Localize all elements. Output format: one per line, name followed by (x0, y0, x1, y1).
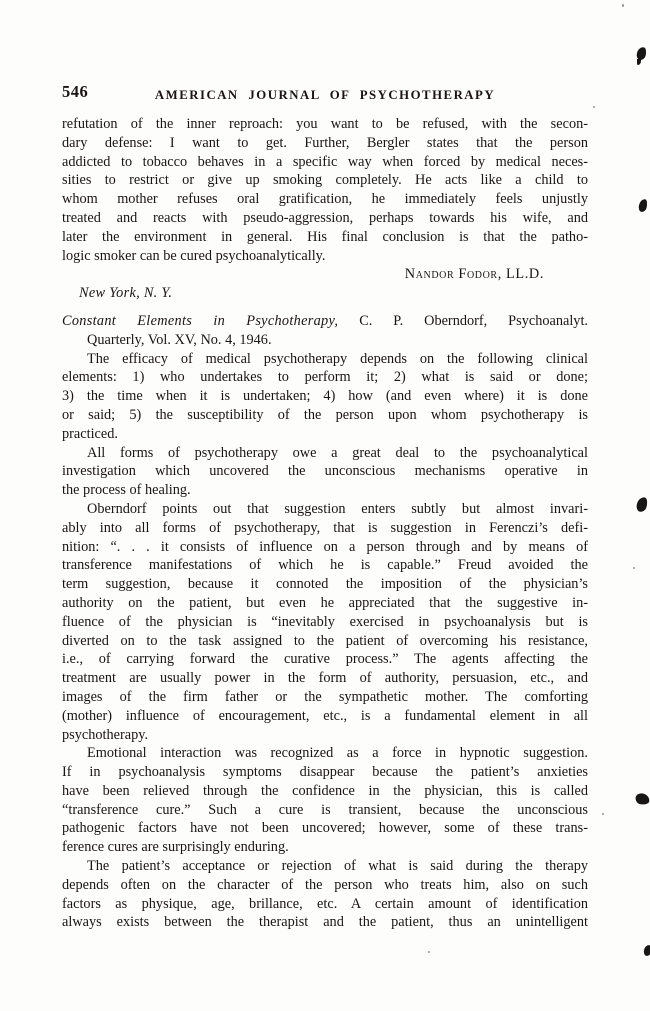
paragraph: All forms of psychotherapy owe a great d… (62, 444, 588, 500)
text-line: Emotional interaction was recognized as … (62, 744, 588, 763)
scan-speck (633, 567, 635, 569)
scan-speck (622, 4, 624, 7)
text-line: ably into all forms of psychotherapy, th… (62, 519, 588, 538)
text-line: have been relieved through the confidenc… (62, 782, 588, 801)
text-line: The efficacy of medical psychotherapy de… (62, 350, 588, 369)
text-line: dary defense: I want to get. Further, Be… (62, 134, 588, 153)
text-line: always exists between the therapist and … (62, 913, 588, 932)
text-line: elements: 1) who undertakes to perform i… (62, 368, 588, 387)
scan-speck (602, 813, 604, 815)
scanned-journal-page: 546 AMERICAN JOURNAL OF PSYCHOTHERAPY re… (0, 0, 650, 1011)
text-line: factors as physique, age, brillance, etc… (62, 895, 588, 914)
ink-blot-artifact (638, 198, 649, 212)
ink-blot-tail-artifact (637, 59, 641, 65)
text-line: diverted on to the task assigned to the … (62, 632, 588, 651)
fodor-review-end: refutation of the inner reproach: you wa… (62, 115, 588, 303)
reviewer-location: New York, N. Y. (62, 284, 588, 303)
text-line: practiced. (62, 425, 588, 444)
journal-title: AMERICAN JOURNAL OF PSYCHOTHERAPY (62, 83, 588, 105)
text-line: depends often on the character of the pe… (62, 876, 588, 895)
text-line: treatment are usually power in the form … (62, 669, 588, 688)
paragraph: Oberndorf points out that suggestion ent… (62, 500, 588, 744)
page-number: 546 (62, 83, 88, 102)
citation-title: Constant Elements in Psychotherapy, (62, 313, 338, 329)
text-line: whom mother refuses oral gratification, … (62, 190, 588, 209)
oberndorf-review: Constant Elements in Psychotherapy, C. P… (62, 312, 588, 932)
text-line: psychotherapy. (62, 726, 588, 745)
text-line: All forms of psychotherapy owe a great d… (62, 444, 588, 463)
ink-blot-artifact (643, 945, 650, 957)
citation-line-1: Constant Elements in Psychotherapy, C. P… (62, 312, 588, 331)
text-line: 3) the time when it is undertaken; 4) ho… (62, 387, 588, 406)
text-line: (mother) influence of encouragement, etc… (62, 707, 588, 726)
citation-authors: C. P. Oberndorf, Psychoanalyt. (359, 313, 588, 329)
ink-blot-artifact (635, 792, 650, 805)
text-line: later the environment in general. His fi… (62, 228, 588, 247)
text-line: i.e., of carrying forward the curative p… (62, 650, 588, 669)
text-line: fluence of the physician is “inevitably … (62, 613, 588, 632)
text-line: transference manifestations of which he … (62, 556, 588, 575)
text-line: treated and reacts with pseudo-aggressio… (62, 209, 588, 228)
reviewer-signature: Nandor Fodor, LL.D. (62, 265, 588, 284)
text-line: term suggestion, because it connoted the… (62, 575, 588, 594)
text-line: ference cures are surprisingly enduring. (62, 838, 588, 857)
text-line: authority on the patient, but even he ap… (62, 594, 588, 613)
text-line: sities to restrict or give up smoking co… (62, 171, 588, 190)
text-line: nition: “. . . it consists of influence … (62, 538, 588, 557)
citation-block: Constant Elements in Psychotherapy, C. P… (62, 312, 588, 350)
text-line: logic smoker can be cured psychoanalytic… (62, 247, 588, 266)
paragraph: The patient’s acceptance or rejection of… (62, 857, 588, 932)
text-line: or said; 5) the susceptibility of the pe… (62, 406, 588, 425)
scan-speck (593, 106, 595, 108)
text-line: images of the firm father or the sympath… (62, 688, 588, 707)
ink-blot-artifact (635, 496, 649, 513)
running-head: 546 AMERICAN JOURNAL OF PSYCHOTHERAPY (62, 83, 588, 102)
text-line: The patient’s acceptance or rejection of… (62, 857, 588, 876)
scan-speck (428, 951, 430, 953)
text-line: If in psychoanalysis symptoms disappear … (62, 763, 588, 782)
text-line: pathogenic factors have not been uncover… (62, 819, 588, 838)
text-line: Oberndorf points out that suggestion ent… (62, 500, 588, 519)
citation-line-2: Quarterly, Vol. XV, No. 4, 1946. (62, 331, 588, 350)
text-line: “transference cure.” Such a cure is tran… (62, 801, 588, 820)
text-column: 546 AMERICAN JOURNAL OF PSYCHOTHERAPY re… (62, 83, 588, 932)
text-line: the process of healing. (62, 481, 588, 500)
text-line: addicted to tobacco behaves in a specifi… (62, 153, 588, 172)
text-line: refutation of the inner reproach: you wa… (62, 115, 588, 134)
text-line: investigation which uncovered the uncons… (62, 462, 588, 481)
paragraph: Emotional interaction was recognized as … (62, 744, 588, 857)
paragraph: The efficacy of medical psychotherapy de… (62, 350, 588, 444)
